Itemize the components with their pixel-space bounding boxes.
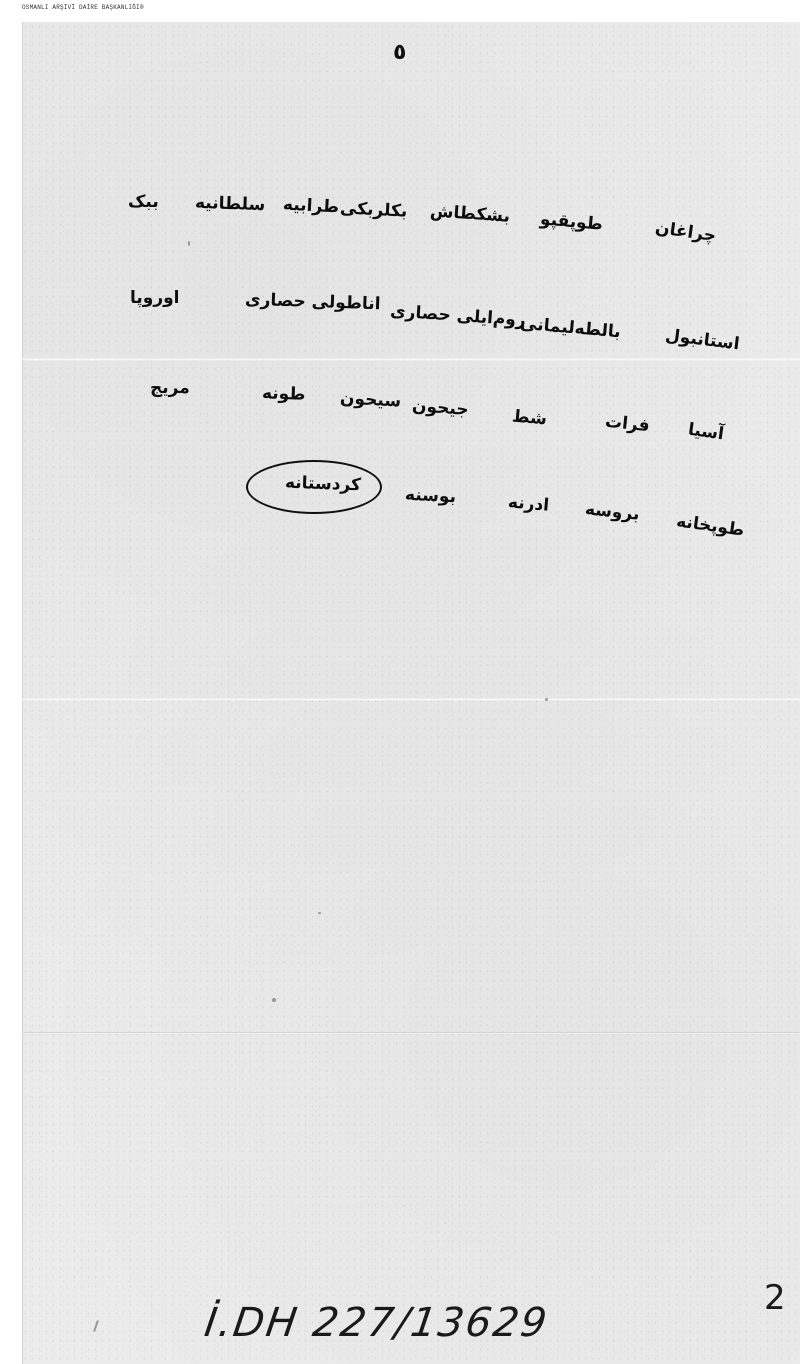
ink-speck bbox=[545, 698, 548, 701]
fold-line-1 bbox=[22, 358, 800, 361]
handwritten-word: ببک bbox=[128, 194, 159, 211]
sheet-number: 2 bbox=[764, 1278, 786, 1318]
handwritten-word: سیحون bbox=[340, 390, 402, 410]
handwritten-word: طرابیه bbox=[283, 197, 340, 217]
handwritten-word: جیحون bbox=[411, 398, 469, 419]
ink-speck bbox=[318, 912, 321, 914]
handwritten-word: بوسنه bbox=[405, 487, 457, 507]
fold-line-3 bbox=[22, 1032, 800, 1034]
handwritten-word: بکلربکی bbox=[340, 200, 408, 220]
circled-annotation bbox=[246, 460, 382, 514]
ink-speck bbox=[272, 998, 276, 1002]
handwritten-word: اوروپا bbox=[130, 290, 180, 307]
page-marker: ٥ bbox=[393, 40, 406, 65]
fold-line-2 bbox=[22, 698, 800, 701]
handwritten-word: فرات bbox=[604, 414, 650, 436]
handwritten-word: اناطولی حصاری bbox=[245, 292, 381, 314]
handwritten-word: شط bbox=[511, 409, 547, 429]
handwritten-word: طونه bbox=[262, 385, 306, 404]
ink-speck bbox=[188, 241, 190, 246]
handwritten-word: سلطانیه bbox=[195, 195, 266, 214]
handwritten-word: مریج bbox=[150, 380, 190, 397]
archive-watermark: OSMANLI ARŞİVİ DAİRE BAŞKANLIĞI® bbox=[22, 4, 144, 11]
catalog-reference: İ.DH 227/13629 bbox=[202, 1300, 552, 1346]
handwritten-word: ادرنه bbox=[507, 494, 549, 515]
handwritten-word: آسیا bbox=[687, 422, 725, 444]
